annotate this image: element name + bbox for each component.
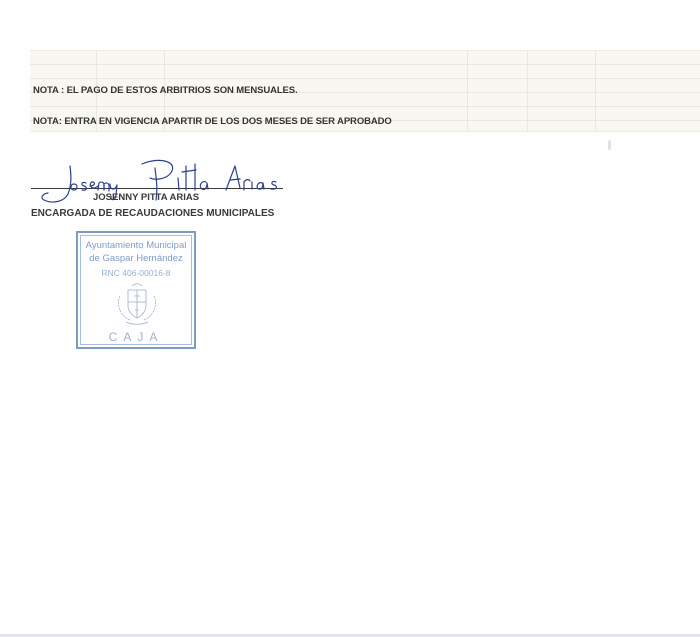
stamp-line-1: Ayuntamiento Municipal [78,240,194,251]
note-effective-date: NOTA: ENTRA EN VIGENCIA APARTIR DE LOS D… [33,116,392,127]
note-monthly-payment: NOTA : EL PAGO DE ESTOS ARBITRIOS SON ME… [33,85,298,96]
stamp-rnc: RNC 406-00016-8 [78,268,194,278]
stamp-line-2: de Gaspar Hernández [78,253,194,264]
official-stamp: Ayuntamiento Municipal de Gaspar Hernánd… [76,231,196,349]
signer-title: ENCARGADA DE RECAUDACIONES MUNICIPALES [31,208,274,219]
scan-speck [608,140,611,150]
signer-name: JOSENNY PITTA ARIAS [93,192,199,203]
coat-of-arms-icon [114,282,160,326]
stamp-caja: CAJA [78,330,194,344]
